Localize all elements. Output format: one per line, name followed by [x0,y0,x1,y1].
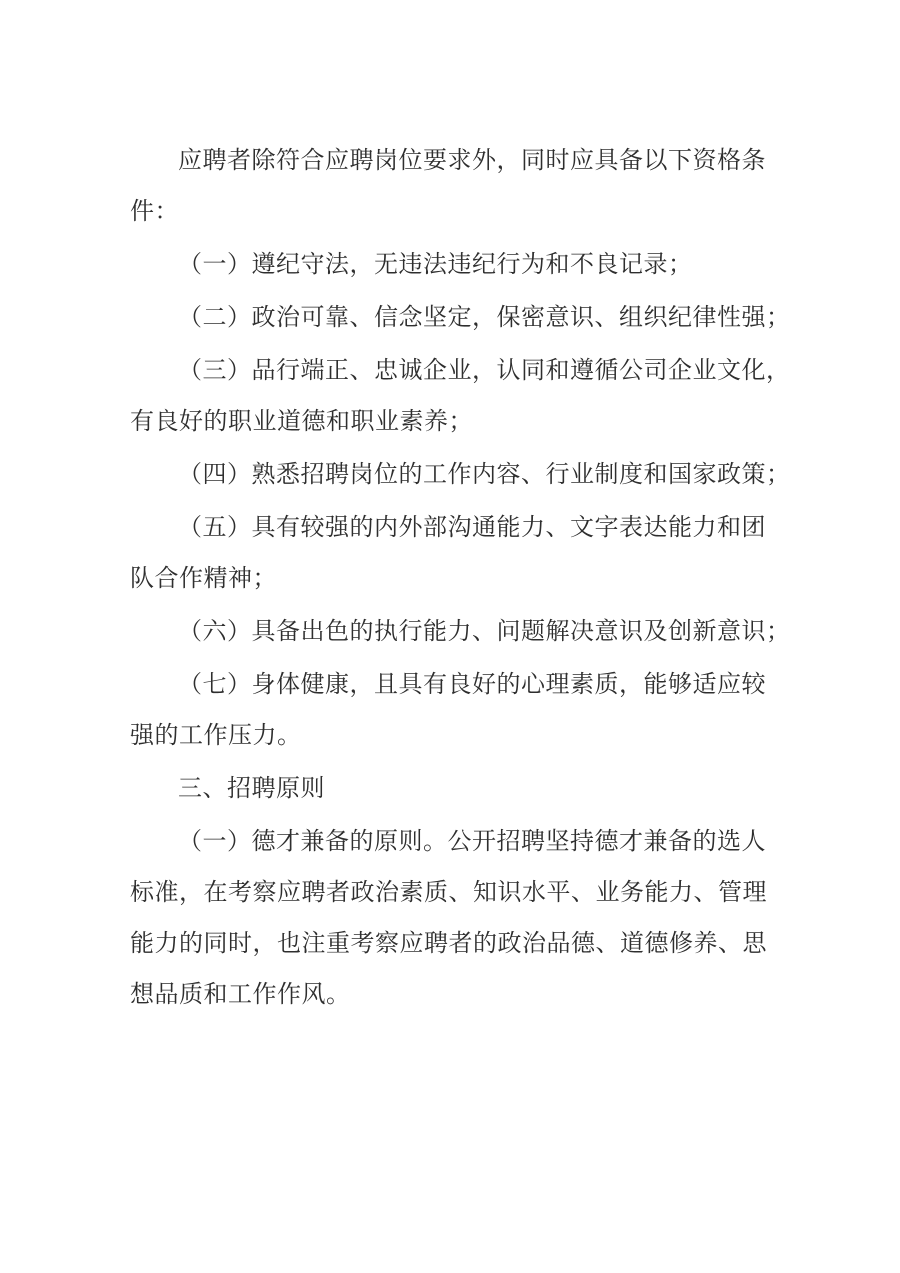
paragraph-qualification-item-2: （二）政治可靠、信念坚定，保密意识、组织纪律性强； [130,293,792,344]
paragraph-qualification-item-1: （一）遵纪守法，无违法违纪行为和不良记录； [130,240,792,291]
document-page: 应聘者除符合应聘岗位要求外，同时应具备以下资格条 件： （一）遵纪守法，无违法违… [0,0,900,1273]
paragraph-qualification-item-7: （七）身体健康，且具有良好的心理素质，能够适应较 强的工作压力。 [130,660,792,762]
paragraph-qualification-item-4: （四）熟悉招聘岗位的工作内容、行业制度和国家政策； [130,450,792,501]
section-heading-recruitment-principles: 三、招聘原则 [130,764,792,815]
paragraph-qualification-item-6: （六）具备出色的执行能力、问题解决意识及创新意识； [130,607,792,658]
paragraph-intro: 应聘者除符合应聘岗位要求外，同时应具备以下资格条 件： [130,136,792,238]
paragraph-principle-item-1: （一）德才兼备的原则。公开招聘坚持德才兼备的选人 标准，在考察应聘者政治素质、知… [130,817,792,1021]
paragraph-qualification-item-3: （三）品行端正、忠诚企业，认同和遵循公司企业文化， 有良好的职业道德和职业素养； [130,346,792,448]
document-body: 应聘者除符合应聘岗位要求外，同时应具备以下资格条 件： （一）遵纪守法，无违法违… [130,136,792,1021]
paragraph-qualification-item-5: （五）具有较强的内外部沟通能力、文字表达能力和团 队合作精神； [130,503,792,605]
